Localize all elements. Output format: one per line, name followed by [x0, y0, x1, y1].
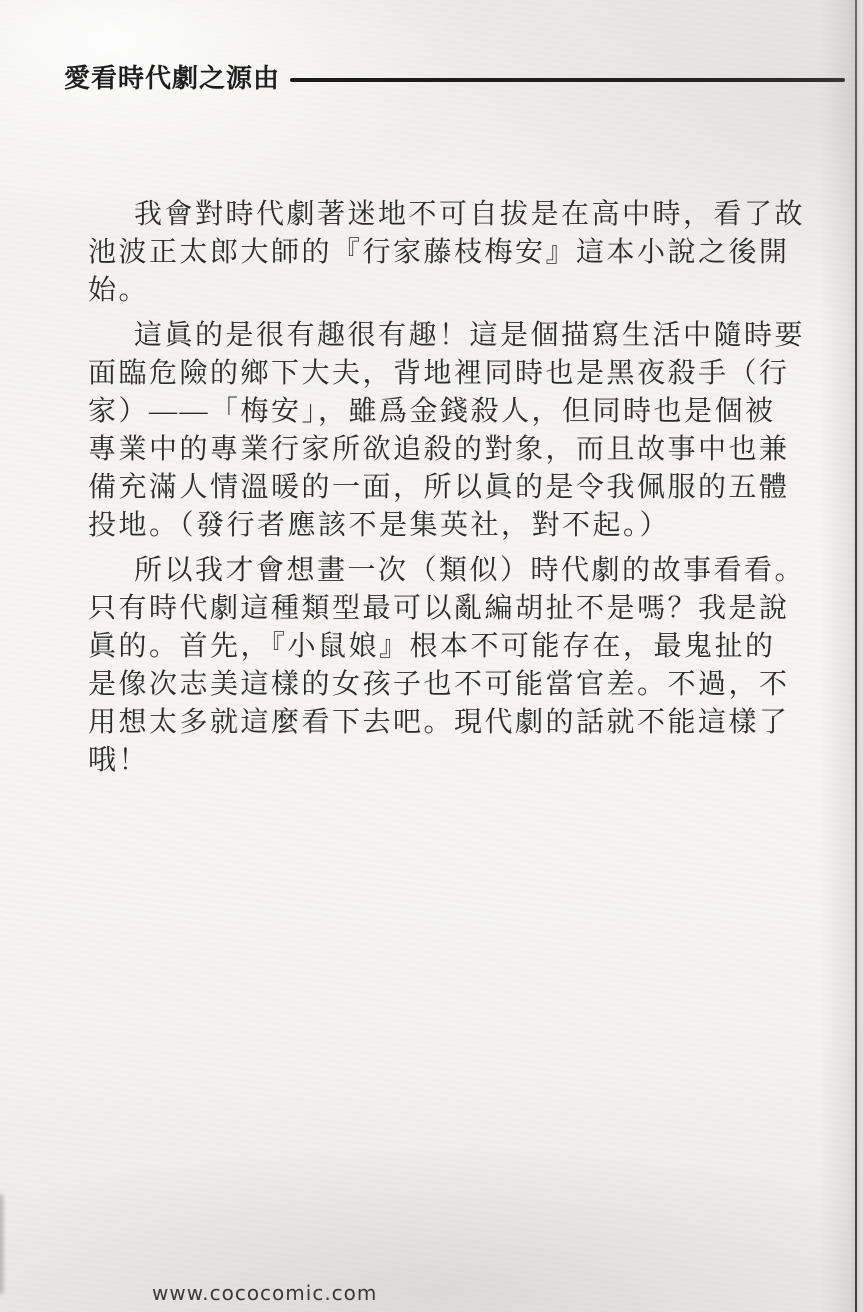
watermark-url: www.cococomic.com	[152, 1281, 377, 1305]
title-rule	[290, 78, 845, 82]
paragraph-1: 我會對時代劇著迷地不可自拔是在高中時，看了故 池波正太郎大師的『行家藤枝梅安』這…	[88, 196, 812, 310]
text-line: 所以我才會想畫一次（類似）時代劇的故事看看。	[88, 552, 812, 590]
essay-body: 我會對時代劇著迷地不可自拔是在高中時，看了故 池波正太郎大師的『行家藤枝梅安』這…	[88, 196, 812, 787]
text-line: 專業中的專業行家所欲追殺的對象，而且故事中也兼	[88, 431, 812, 469]
paragraph-2: 這眞的是很有趣很有趣！這是個描寫生活中隨時要 面臨危險的鄉下大夫，背地裡同時也是…	[88, 317, 812, 545]
text-line: 家）——「梅安」，雖爲金錢殺人，但同時也是個被	[88, 393, 812, 431]
text-line: 只有時代劇這種類型最可以亂編胡扯不是嗎？我是說	[88, 590, 812, 628]
scanned-book-page: 愛看時代劇之源由 我會對時代劇著迷地不可自拔是在高中時，看了故 池波正太郎大師的…	[0, 0, 864, 1312]
text-line: 始。	[88, 272, 812, 310]
scan-smudge	[0, 1194, 3, 1294]
text-line: 面臨危險的鄉下大夫，背地裡同時也是黑夜殺手（行	[88, 355, 812, 393]
text-line: 這眞的是很有趣很有趣！這是個描寫生活中隨時要	[88, 317, 812, 355]
text-line: 用想太多就這麼看下去吧。現代劇的話就不能這樣了	[88, 704, 812, 742]
page-curl-shading	[820, 0, 855, 1312]
page-header: 愛看時代劇之源由	[64, 62, 845, 96]
text-line: 是像次志美這樣的女孩子也不可能當官差。不過，不	[88, 666, 812, 704]
scan-edge-strip	[857, 0, 864, 1312]
page-title: 愛看時代劇之源由	[64, 62, 280, 96]
text-line: 哦！	[88, 742, 812, 780]
text-line: 備充滿人情溫暖的一面，所以眞的是令我佩服的五體	[88, 469, 812, 507]
text-line: 我會對時代劇著迷地不可自拔是在高中時，看了故	[88, 196, 812, 234]
text-line: 池波正太郎大師的『行家藤枝梅安』這本小說之後開	[88, 234, 812, 272]
paragraph-3: 所以我才會想畫一次（類似）時代劇的故事看看。 只有時代劇這種類型最可以亂編胡扯不…	[88, 552, 812, 780]
text-line: 眞的。首先，『小鼠娘』根本不可能存在，最鬼扯的	[88, 628, 812, 666]
text-line: 投地。（發行者應該不是集英社，對不起。）	[88, 507, 812, 545]
